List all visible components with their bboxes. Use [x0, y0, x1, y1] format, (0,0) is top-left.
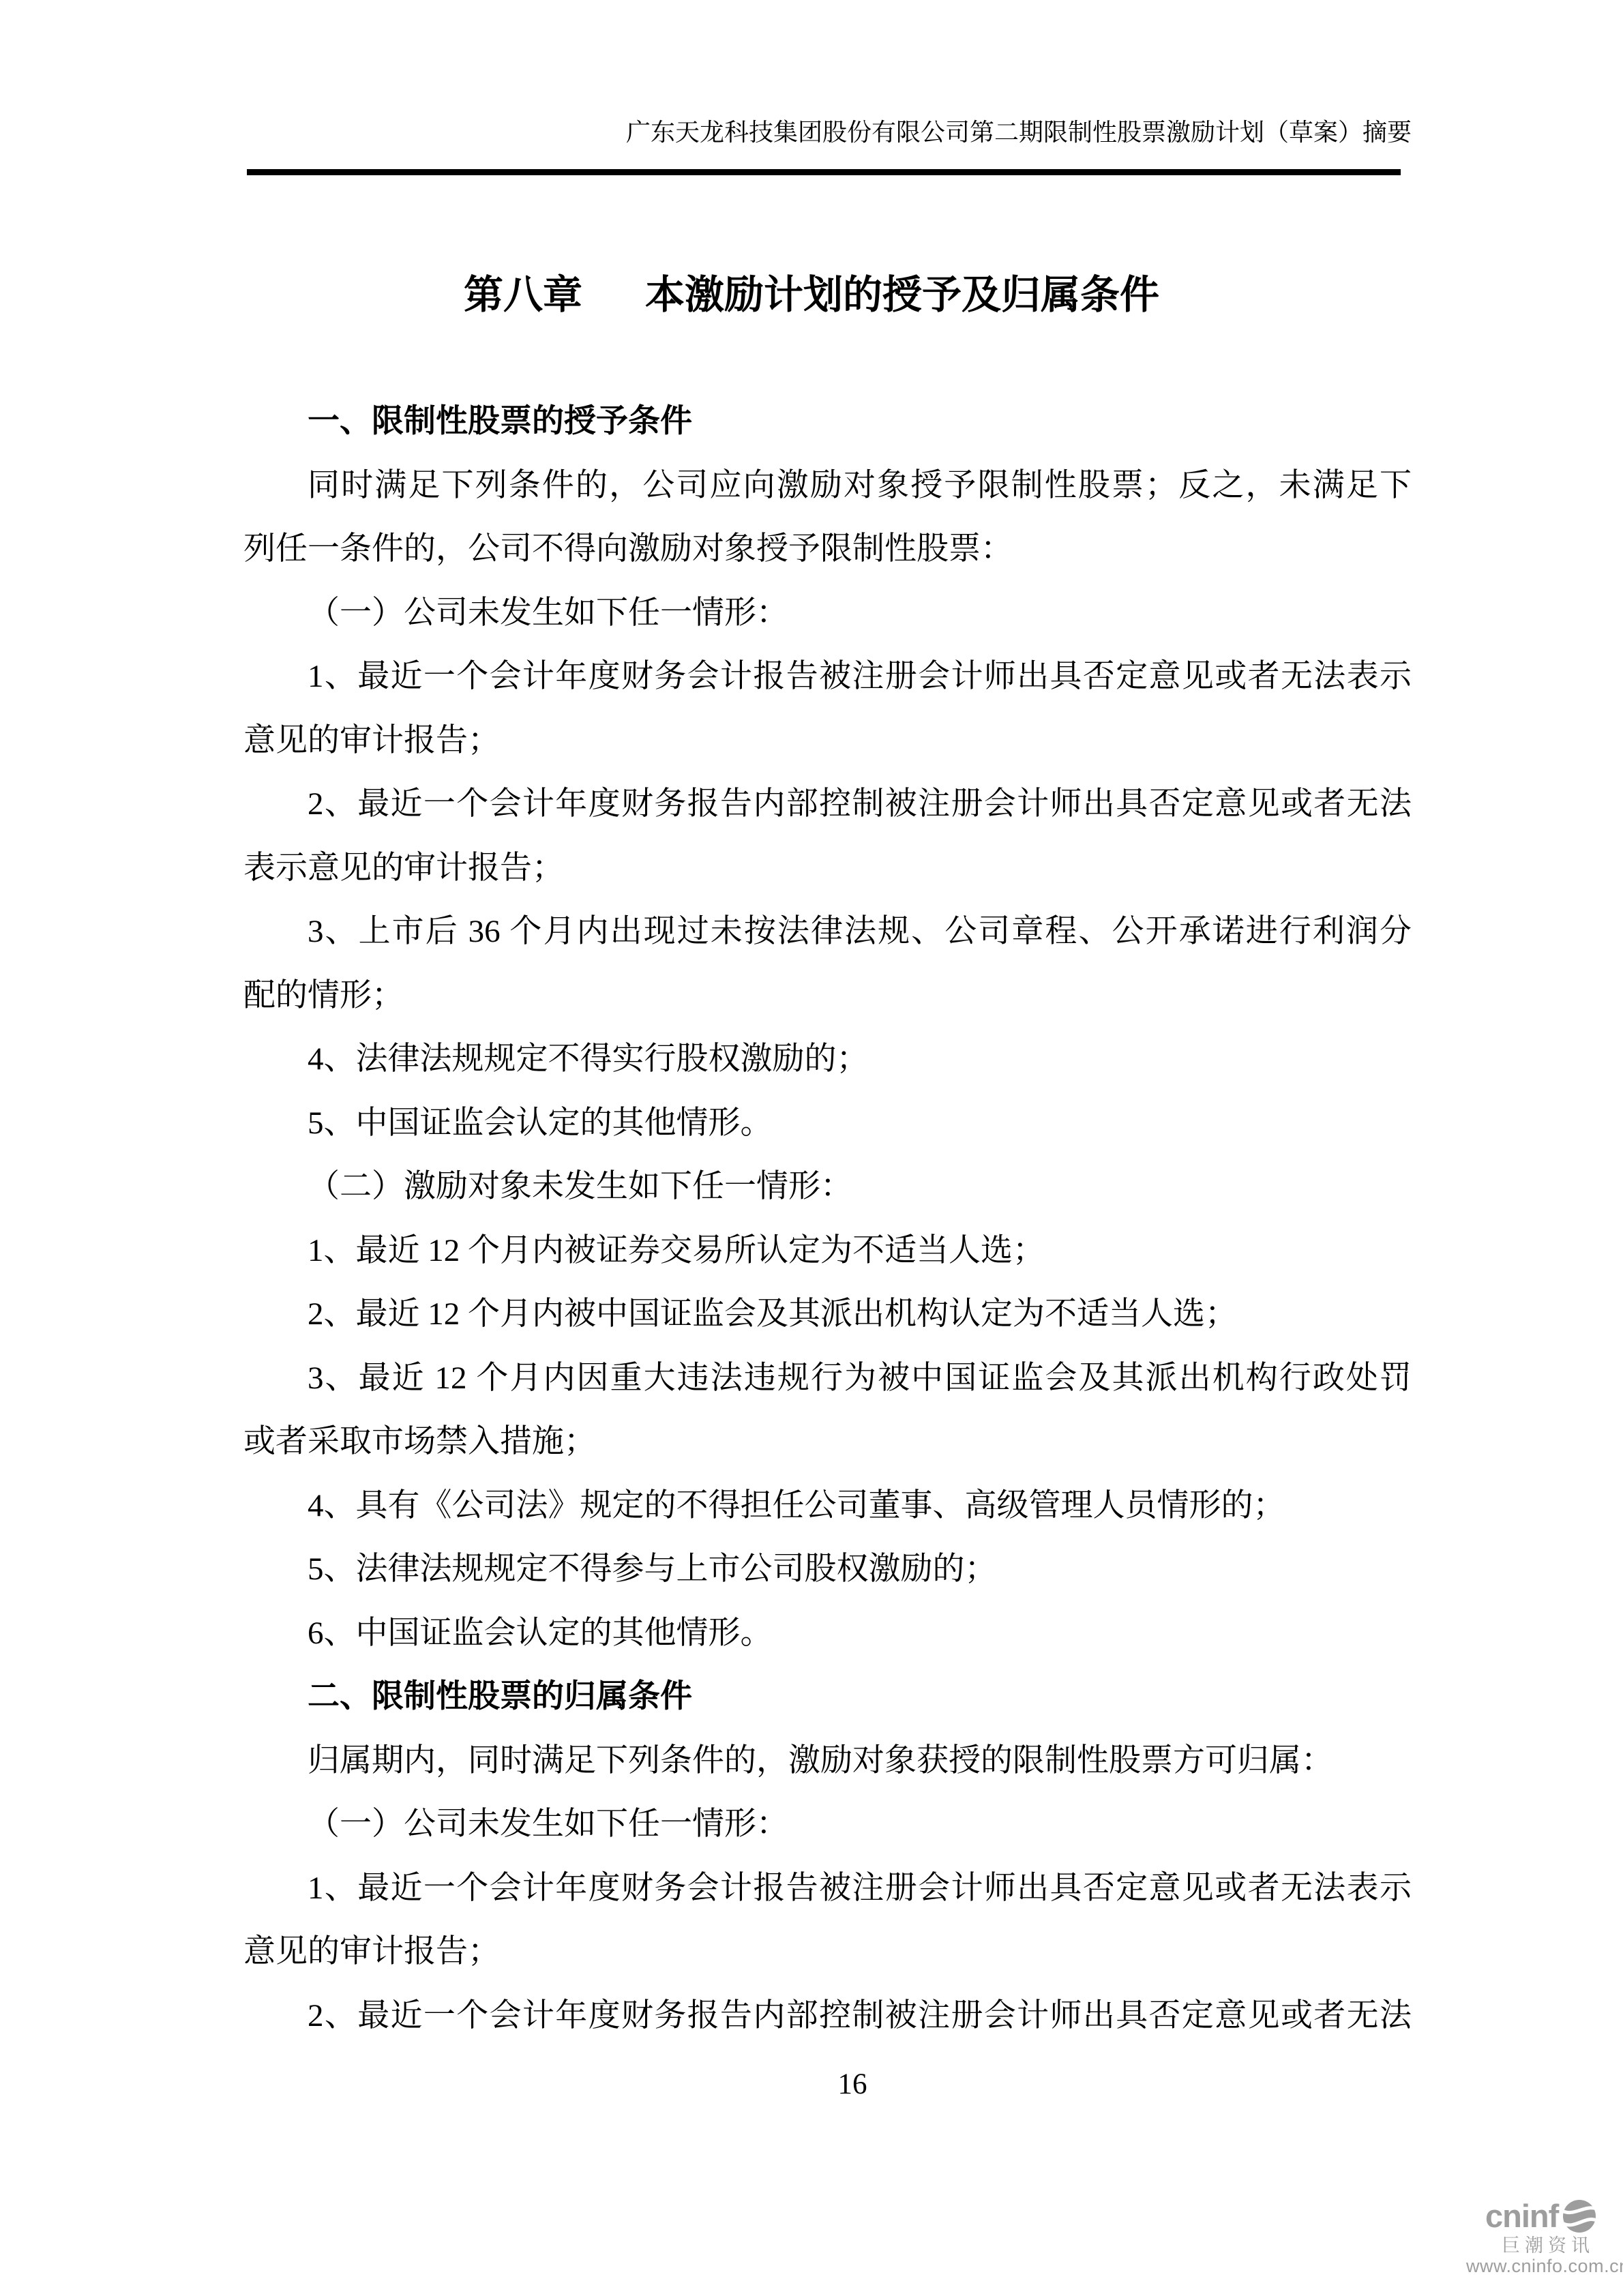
- cninfo-url: www.cninfo.com.cn: [1466, 2256, 1618, 2276]
- text-line: 意见的审计报告；: [243, 1920, 1412, 1984]
- text-line: 2、最近一个会计年度财务报告内部控制被注册会计师出具否定意见或者无法: [243, 773, 1412, 837]
- text-line: 列任一条件的，公司不得向激励对象授予限制性股票：: [243, 518, 1412, 582]
- cninfo-chinese-name: 巨潮资讯: [1502, 2235, 1618, 2256]
- text-line: （一）公司未发生如下任一情形：: [243, 582, 1412, 646]
- text-line: 5、法律法规规定不得参与上市公司股权激励的；: [243, 1538, 1412, 1602]
- document-page: 广东天龙科技集团股份有限公司第二期限制性股票激励计划（草案）摘要 第八章本激励计…: [0, 0, 1623, 2296]
- text-line: 1、最近一个会计年度财务会计报告被注册会计师出具否定意见或者无法表示: [243, 645, 1412, 709]
- text-line: 1、最近 12 个月内被证券交易所认定为不适当人选；: [243, 1219, 1412, 1283]
- text-line: 二、限制性股票的归属条件: [243, 1665, 1412, 1729]
- text-line: 4、具有《公司法》规定的不得担任公司董事、高级管理人员情形的；: [243, 1474, 1412, 1538]
- document-body: 一、限制性股票的授予条件同时满足下列条件的，公司应向激励对象授予限制性股票；反之…: [243, 390, 1412, 2048]
- page-header: 广东天龙科技集团股份有限公司第二期限制性股票激励计划（草案）摘要: [243, 117, 1412, 147]
- cninfo-logo: cninf 巨潮资讯 www.cninfo.com.cn: [1465, 2198, 1618, 2276]
- text-line: 归属期内，同时满足下列条件的，激励对象获授的限制性股票方可归属：: [243, 1729, 1412, 1793]
- text-line: 4、法律法规规定不得实行股权激励的；: [243, 1028, 1412, 1092]
- text-line: （一）公司未发生如下任一情形：: [243, 1793, 1412, 1857]
- cninfo-wordmark: cninf: [1485, 2198, 1558, 2234]
- cninfo-logo-row: cninf: [1485, 2198, 1618, 2234]
- text-line: （二）激励对象未发生如下任一情形：: [243, 1155, 1412, 1219]
- text-line: 3、最近 12 个月内因重大违法违规行为被中国证监会及其派出机构行政处罚: [243, 1347, 1412, 1411]
- text-line: 同时满足下列条件的，公司应向激励对象授予限制性股票；反之，未满足下: [243, 454, 1412, 518]
- text-line: 5、中国证监会认定的其他情形。: [243, 1092, 1412, 1156]
- header-rule: [247, 169, 1401, 175]
- chapter-heading: 第八章本激励计划的授予及归属条件: [0, 271, 1623, 319]
- globe-icon: [1562, 2199, 1596, 2233]
- chapter-label: 第八章: [464, 273, 582, 317]
- text-line: 表示意见的审计报告；: [243, 837, 1412, 901]
- chapter-title-text: 本激励计划的授予及归属条件: [645, 273, 1159, 317]
- text-line: 一、限制性股票的授予条件: [243, 390, 1412, 454]
- text-line: 1、最近一个会计年度财务会计报告被注册会计师出具否定意见或者无法表示: [243, 1857, 1412, 1921]
- text-line: 3、上市后 36 个月内出现过未按法律法规、公司章程、公开承诺进行利润分: [243, 900, 1412, 964]
- text-line: 2、最近 12 个月内被中国证监会及其派出机构认定为不适当人选；: [243, 1283, 1412, 1347]
- text-line: 2、最近一个会计年度财务报告内部控制被注册会计师出具否定意见或者无法: [243, 1984, 1412, 2048]
- header-title: 广东天龙科技集团股份有限公司第二期限制性股票激励计划（草案）摘要: [626, 119, 1412, 146]
- text-line: 或者采取市场禁入措施；: [243, 1410, 1412, 1474]
- page-number: 16: [791, 2068, 914, 2102]
- text-line: 意见的审计报告；: [243, 709, 1412, 773]
- text-line: 6、中国证监会认定的其他情形。: [243, 1602, 1412, 1666]
- text-line: 配的情形；: [243, 964, 1412, 1028]
